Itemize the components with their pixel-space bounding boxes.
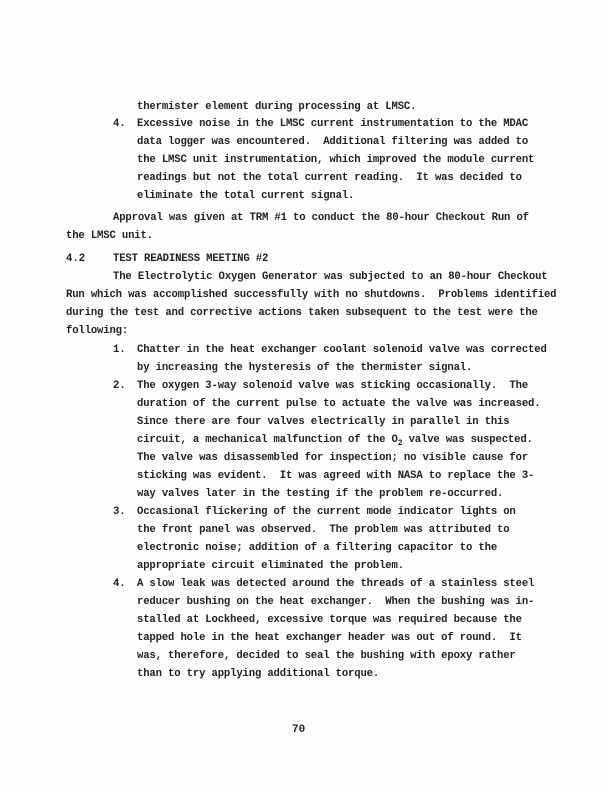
text-line: electronic noise; addition of a filterin… xyxy=(137,542,497,555)
page-number: 70 xyxy=(292,724,305,736)
text-line: eliminate the total current signal. xyxy=(137,190,354,203)
item-number: 1. xyxy=(113,344,126,357)
item-number: 3. xyxy=(113,506,126,519)
text-line: The valve was disassembled for inspectio… xyxy=(137,452,528,465)
item-number: 2. xyxy=(113,380,126,393)
text-line: The Electrolytic Oxygen Generator was su… xyxy=(113,271,548,284)
document-page: thermister element during processing at … xyxy=(0,0,606,792)
text-line: Since there are four valves electrically… xyxy=(137,416,509,429)
text-line: Occasional flickering of the current mod… xyxy=(137,506,516,519)
text-line: way valves later in the testing if the p… xyxy=(137,488,503,501)
text-line: by increasing the hysteresis of the ther… xyxy=(137,362,472,375)
text-line: stalled at Lockheed, excessive torque wa… xyxy=(137,614,522,627)
text-line: the LMSC unit. xyxy=(66,230,153,243)
text-line: tapped hole in the heat exchanger header… xyxy=(137,632,522,645)
text-line: the front panel was observed. The proble… xyxy=(137,524,509,537)
text-line: readings but not the total current readi… xyxy=(137,172,522,185)
text-line: was, therefore, decided to seal the bush… xyxy=(137,650,516,663)
text-line: Chatter in the heat exchanger coolant so… xyxy=(137,344,547,357)
text-line: sticking was evident. It was agreed with… xyxy=(137,470,534,483)
text-line: during the test and corrective actions t… xyxy=(66,307,538,320)
item-number: 4. xyxy=(113,118,126,131)
text-line: than to try applying additional torque. xyxy=(137,668,379,681)
text-line: duration of the current pulse to actuate… xyxy=(137,398,540,411)
text-line: following: xyxy=(66,325,128,338)
text-line: Approval was given at TRM #1 to conduct … xyxy=(113,212,529,225)
section-number: 4.2 xyxy=(66,253,85,266)
text-segment: valve was suspected. xyxy=(402,434,532,446)
text-line: appropriate circuit eliminated the probl… xyxy=(137,560,404,573)
text-line: A slow leak was detected around the thre… xyxy=(137,578,534,591)
text-line-with-subscript: circuit, a mechanical malfunction of the… xyxy=(137,434,533,447)
text-segment: circuit, a mechanical malfunction of the… xyxy=(137,434,398,446)
text-line: data logger was encountered. Additional … xyxy=(137,136,528,149)
text-line: The oxygen 3-way solenoid valve was stic… xyxy=(137,380,528,393)
continuation-line: thermister element during processing at … xyxy=(137,101,416,114)
item-number: 4. xyxy=(113,578,126,591)
text-line: reducer bushing on the heat exchanger. W… xyxy=(137,596,534,609)
text-line: Run which was accomplished successfully … xyxy=(66,289,556,302)
text-line: Excessive noise in the LMSC current inst… xyxy=(137,118,528,131)
section-title: TEST READINESS MEETING #2 xyxy=(113,253,268,266)
text-line: the LMSC unit instrumentation, which imp… xyxy=(137,154,534,167)
